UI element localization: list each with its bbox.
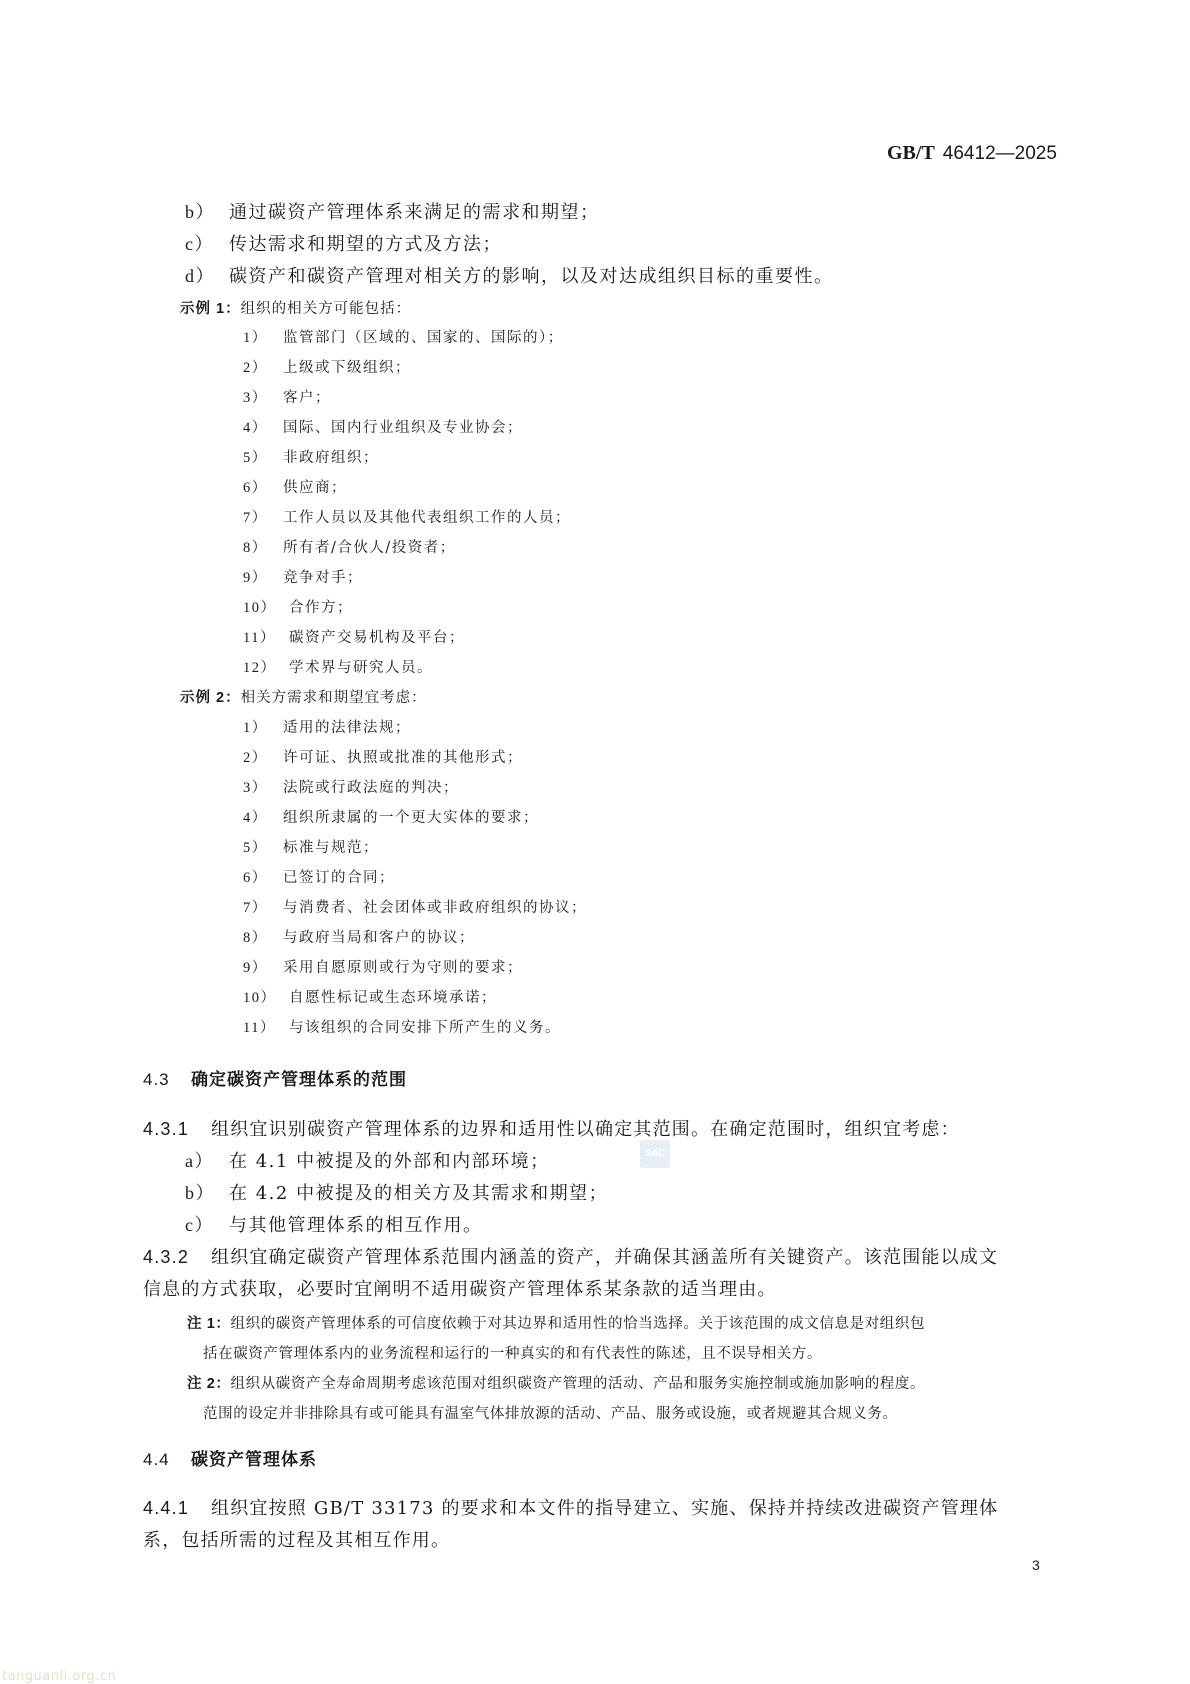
example-1-intro: 示例 1：组织的相关方可能包括：: [180, 297, 411, 318]
list-item: c）传达需求和期望的方式及方法；: [185, 230, 502, 256]
note-2: 注 2：组织从碳资产全寿命周期考虑该范围对组织碳资产管理的活动、产品和服务实施控…: [187, 1372, 925, 1393]
page-number: 3: [1032, 1557, 1040, 1573]
list-item: 8）与政府当局和客户的协议；: [243, 926, 475, 947]
list-item: 2）上级或下级组织；: [243, 356, 411, 377]
list-item: b）通过碳资产管理体系来满足的需求和期望；: [185, 198, 600, 224]
list-item: 7）与消费者、社会团体或非政府组织的协议；: [243, 896, 587, 917]
list-item: 10）自愿性标记或生态环境承诺；: [243, 986, 497, 1007]
sac-logo-icon: SAC: [640, 1140, 670, 1168]
standard-number: 46412—2025: [943, 143, 1057, 164]
list-item: d）碳资产和碳资产管理对相关方的影响，以及对达成组织目标的重要性。: [185, 262, 834, 288]
list-item: 7）工作人员以及其他代表组织工作的人员；: [243, 506, 571, 527]
list-item: 8）所有者/合伙人/投资者；: [243, 536, 456, 557]
list-item: 3）客户；: [243, 386, 331, 407]
list-item: 2）许可证、执照或批准的其他形式；: [243, 746, 523, 767]
clause-4-3-1: 4.3.1组织宜识别碳资产管理体系的边界和适用性以确定其范围。在确定范围时，组织…: [143, 1115, 960, 1141]
example-2-intro: 示例 2：相关方需求和期望宜考虑：: [180, 686, 427, 707]
list-item: 11）与该组织的合同安排下所产生的义务。: [243, 1016, 561, 1037]
list-item: 6）供应商；: [243, 476, 347, 497]
clause-4-3-2: 4.3.2组织宜确定碳资产管理体系范围内涵盖的资产，并确保其涵盖所有关键资产。该…: [143, 1243, 998, 1269]
clause-4-4-1: 4.4.1组织宜按照 GB/T 33173 的要求和本文件的指导建立、实施、保持…: [143, 1494, 998, 1520]
list-item: 11）碳资产交易机构及平台；: [243, 626, 465, 647]
list-item: 1）监管部门（区域的、国家的、国际的）；: [243, 326, 564, 347]
list-item: c）与其他管理体系的相互作用。: [185, 1211, 483, 1237]
note-1-continued: 括在碳资产管理体系内的业务流程和运行的一种真实的和有代表性的陈述，且不误导相关方…: [203, 1342, 822, 1363]
list-item: a）在 4.1 中被提及的外部和内部环境；: [185, 1147, 550, 1173]
clause-4-4-1-continued: 系，包括所需的过程及其相互作用。: [143, 1526, 450, 1552]
list-item: 4）国际、国内行业组织及专业协会；: [243, 416, 523, 437]
list-item: 9）采用自愿原则或行为守则的要求；: [243, 956, 523, 977]
section-heading-4-3: 4.3确定碳资产管理体系的范围: [143, 1065, 407, 1090]
standard-header: GB/T46412—2025: [887, 142, 1057, 165]
list-item: 6）已签订的合同；: [243, 866, 395, 887]
list-item: b）在 4.2 中被提及的相关方及其需求和期望；: [185, 1179, 608, 1205]
list-item: 4）组织所隶属的一个更大实体的要求；: [243, 806, 539, 827]
clause-4-3-2-continued: 信息的方式获取，必要时宜阐明不适用碳资产管理体系某条款的适当理由。: [143, 1275, 777, 1301]
list-item: 9）竞争对手；: [243, 566, 363, 587]
list-item: 5）非政府组织；: [243, 446, 379, 467]
site-watermark: tanguanli.org.cn: [2, 1669, 116, 1684]
list-item: 5）标准与规范；: [243, 836, 379, 857]
note-1: 注 1：组织的碳资产管理体系的可信度依赖于对其边界和适用性的恰当选择。关于该范围…: [187, 1312, 925, 1333]
note-2-continued: 范围的设定并非排除具有或可能具有温室气体排放源的活动、产品、服务或设施，或者规避…: [203, 1402, 898, 1423]
list-item: 1）适用的法律法规；: [243, 716, 411, 737]
standard-prefix: GB/T: [887, 142, 935, 164]
list-item: 12）学术界与研究人员。: [243, 656, 433, 677]
list-item: 10）合作方；: [243, 596, 353, 617]
section-heading-4-4: 4.4碳资产管理体系: [143, 1445, 317, 1470]
list-item: 3）法院或行政法庭的判决；: [243, 776, 459, 797]
